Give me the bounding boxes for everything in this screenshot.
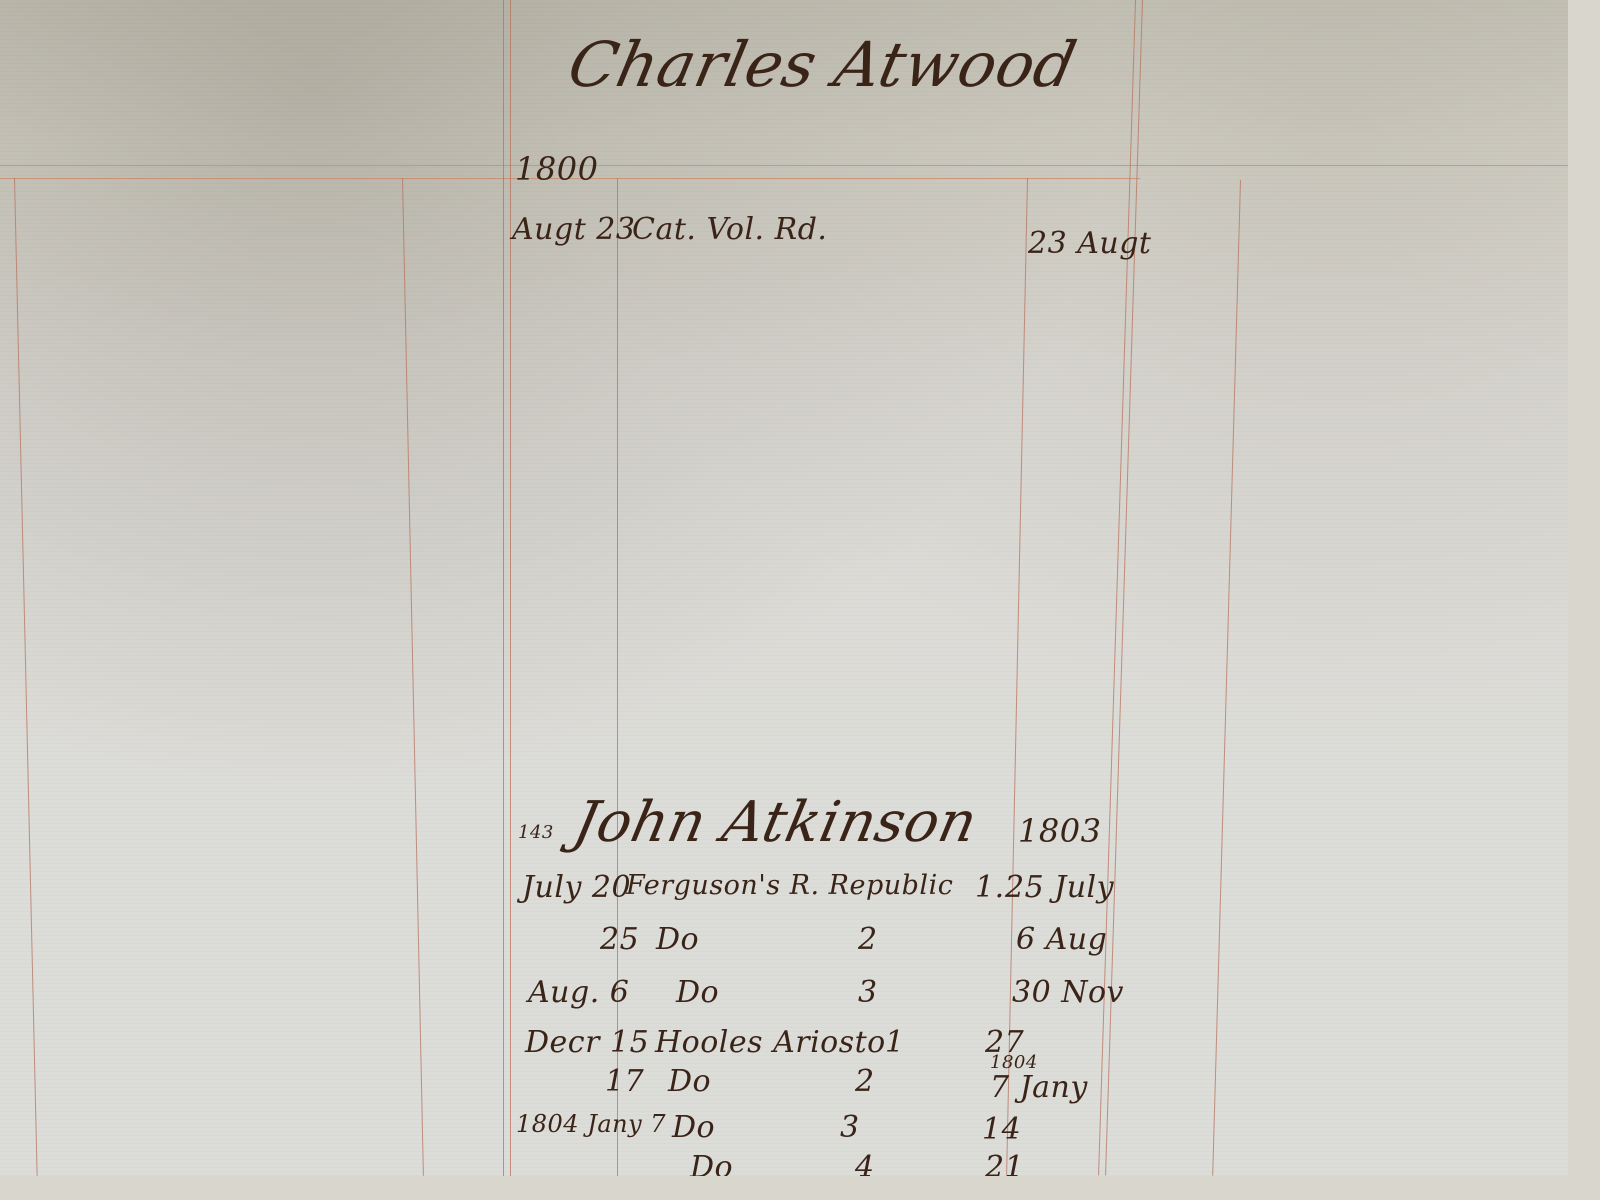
entry-date: Aug. 6 — [528, 975, 629, 1010]
entry-item: Ferguson's R. Republic — [626, 870, 953, 901]
entry-volume: 4 — [855, 1150, 875, 1176]
entry-date: 17 — [605, 1064, 644, 1099]
account-name-charles-atwood: Charles Atwood — [562, 28, 1083, 101]
entry-volume: 1. — [975, 870, 1005, 905]
entry-item: Do — [676, 975, 719, 1010]
entry-returned: 21 — [985, 1150, 1024, 1176]
entry-volume: 2 — [855, 1064, 875, 1099]
entry-date: Augt 23 — [512, 212, 635, 247]
entry-date: Decr 15 — [525, 1025, 649, 1060]
account-year: 1803 — [1018, 812, 1101, 850]
entry-date: 1804 Jany 7 — [516, 1110, 666, 1138]
entry-date: July 20 — [522, 870, 631, 905]
header-rule-top — [0, 165, 1568, 166]
entry-volume: 3 — [840, 1110, 860, 1145]
entry-item: Hooles Ariosto — [655, 1025, 886, 1060]
margin-number: 143 — [518, 822, 554, 843]
entry-returned: 25 July — [1005, 870, 1114, 905]
column-rule — [503, 0, 504, 1176]
entry-item: Do — [668, 1064, 711, 1099]
entry-returned: 23 Augt — [1028, 226, 1151, 261]
entry-item: Do — [672, 1110, 715, 1145]
entry-volume: 3 — [858, 975, 878, 1010]
entry-returned: 14 — [982, 1112, 1021, 1147]
entry-item: Cat. Vol. Rd. — [632, 212, 827, 247]
entry-volume: 2 — [858, 922, 878, 957]
entry-returned: 6 Aug — [1016, 922, 1107, 957]
column-rule — [510, 0, 511, 1176]
entry-volume: 1 — [885, 1025, 905, 1060]
entry-date: 25 — [600, 922, 639, 957]
entry-item: Do — [656, 922, 699, 957]
entry-item: Do — [690, 1150, 733, 1176]
account-year: 1800 — [515, 150, 598, 188]
account-name-john-atkinson: John Atkinson — [568, 790, 983, 855]
entry-returned: 7 Jany — [990, 1070, 1088, 1105]
ledger-paper — [0, 0, 1568, 1176]
entry-returned: 30 Nov — [1012, 975, 1124, 1010]
